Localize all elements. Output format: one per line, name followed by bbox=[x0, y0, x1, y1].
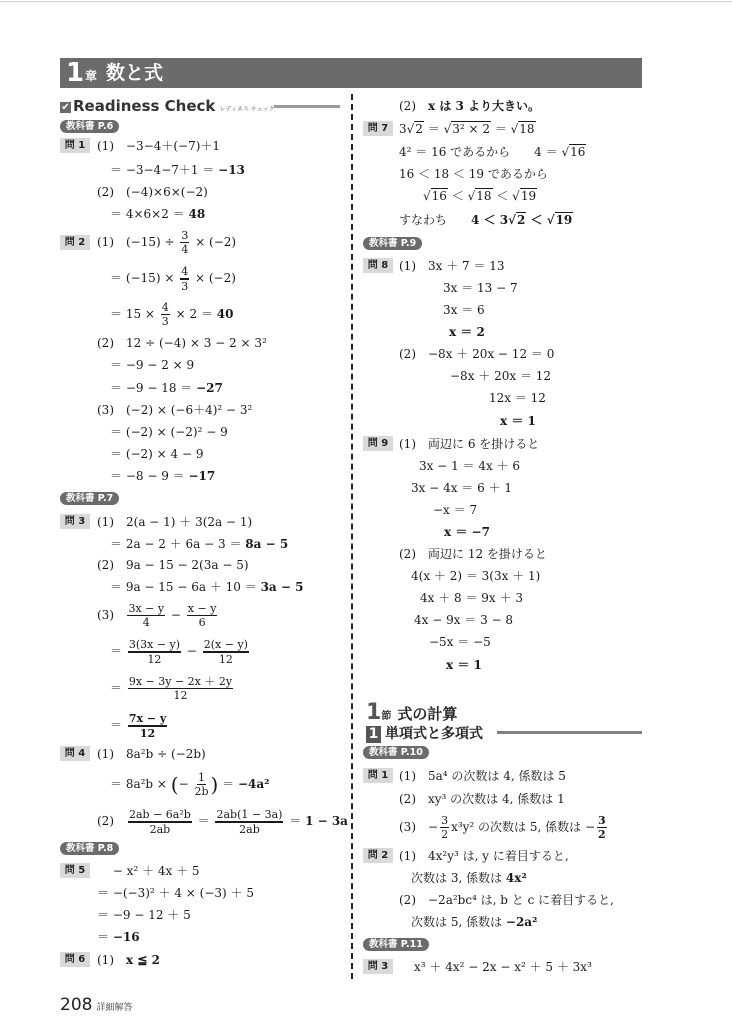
answer: x ＝ −7 bbox=[444, 525, 490, 539]
math-line: ＝ −9 − 2 × 9 bbox=[110, 358, 194, 372]
answer: x ≦ 2 bbox=[126, 953, 160, 967]
fraction: 32 bbox=[597, 814, 607, 841]
math-line: (1) 8a²b ÷ (−2b) bbox=[97, 747, 206, 761]
answer: −17 bbox=[188, 469, 215, 483]
heading-rule bbox=[274, 105, 340, 108]
fraction: 12b bbox=[194, 771, 208, 798]
math-line: ＝ 8a²b × (− 12b) ＝ −4a² bbox=[110, 769, 269, 800]
math-line: (2) (−4)×6×(−2) bbox=[97, 185, 208, 199]
readiness-kana: レディネス チェック bbox=[219, 106, 274, 113]
math-line: (2) 2ab − 6a²b2ab ＝ 2ab(1 − 3a)2ab ＝ 1 −… bbox=[97, 806, 348, 836]
math-line: (1) 4x²y³ は, y に着目すると, bbox=[399, 849, 569, 863]
math-line: (1) 5a⁴ の次数は 4, 係数は 5 bbox=[399, 769, 566, 783]
math-line: (2) x は 3 より大きい。 bbox=[399, 99, 540, 113]
math-line: 4² ＝ 16 であるから 4 ＝ √16 bbox=[399, 145, 586, 159]
question-label: 問 3 bbox=[363, 959, 393, 974]
math-line: 4x ＋ 8 ＝ 9x ＋ 3 bbox=[420, 591, 523, 605]
answer: x ＝ 1 bbox=[500, 414, 536, 428]
answer: −2a² bbox=[506, 915, 537, 929]
answer: −16 bbox=[113, 930, 140, 944]
math-line: ＝ 7x − y12 bbox=[110, 711, 169, 740]
fraction: 43 bbox=[161, 301, 170, 328]
question-label: 問 7 bbox=[363, 121, 393, 136]
math-line: ＝ 4×6×2 ＝ 48 bbox=[110, 207, 205, 221]
question-label: 問 4 bbox=[60, 746, 90, 761]
math-line: 4(x ＋ 2) ＝ 3(3x ＋ 1) bbox=[411, 569, 540, 583]
fraction: 2(x − y)12 bbox=[203, 638, 249, 666]
math-line: ＝ (−2) × (−2)² − 9 bbox=[110, 425, 228, 439]
math-line: すなわち 4 ＜ 3√2 ＜ √19 bbox=[399, 213, 573, 227]
fraction: 9x − 3y − 2x ＋ 2y12 bbox=[128, 675, 233, 702]
subsection-number: 1 bbox=[366, 726, 381, 743]
question-label: 問 8 bbox=[363, 258, 393, 273]
subsection-heading: 1単項式と多項式 bbox=[366, 723, 483, 743]
math-line: (1) 両辺に 6 を掛けると bbox=[399, 437, 539, 451]
math-line: (1) (−15) ÷ 34 × (−2) bbox=[97, 228, 236, 256]
math-line: 3x − 1 ＝ 4x ＋ 6 bbox=[419, 459, 520, 473]
math-line: ＝ (−2) × 4 − 9 bbox=[110, 447, 204, 461]
question-label: 問 3 bbox=[60, 514, 90, 529]
math-line: 16 ＜ 18 ＜ 19 であるから bbox=[399, 167, 548, 181]
answer: x ＝ 2 bbox=[449, 325, 485, 339]
fraction: 7x − y12 bbox=[128, 712, 167, 740]
fraction: 2ab − 6a²b2ab bbox=[128, 808, 192, 836]
math-line: 12x ＝ 12 bbox=[489, 391, 546, 405]
question-label: 問 2 bbox=[60, 235, 90, 250]
textbook-page-badge: 教科書 P.7 bbox=[60, 492, 119, 505]
answer: 48 bbox=[188, 207, 205, 221]
fraction: 2ab(1 − 3a)2ab bbox=[215, 808, 283, 836]
math-line: 3√2 ＝ √3² × 2 ＝ √18 bbox=[399, 122, 536, 136]
math-line: ＝ 9x − 3y − 2x ＋ 2y12 bbox=[110, 674, 235, 702]
chapter-title: 数と式 bbox=[106, 61, 163, 85]
fraction: 3(3x − y)12 bbox=[128, 638, 181, 666]
fraction: 3x − y4 bbox=[127, 602, 165, 629]
top-border bbox=[0, 1, 732, 2]
math-line: − x² ＋ 4x ＋ 5 bbox=[97, 864, 200, 878]
math-line: (1) 2(a − 1) ＋ 3(2a − 1) bbox=[97, 515, 252, 529]
fraction: 32 bbox=[440, 814, 449, 841]
answer: 4x² bbox=[506, 871, 527, 885]
readiness-check-heading: ✔Readiness Checkレディネス チェック bbox=[60, 96, 275, 115]
math-line: 3x − 4x ＝ 6 ＋ 1 bbox=[411, 481, 512, 495]
math-line: (2) −8x ＋ 20x − 12 ＝ 0 bbox=[399, 347, 554, 361]
math-line: 次数は 5, 係数は −2a² bbox=[411, 915, 537, 929]
column-divider bbox=[351, 94, 353, 979]
math-line: 3x ＝ 6 bbox=[443, 303, 485, 317]
math-line: ＝ 15 × 43 × 2 ＝ 40 bbox=[110, 300, 233, 328]
math-line: 4x − 9x ＝ 3 − 8 bbox=[414, 613, 513, 627]
math-line: (3) −32x³y² の次数は 5, 係数は −32 bbox=[399, 813, 609, 841]
section-title: 式の計算 bbox=[397, 705, 457, 723]
question-label: 問 1 bbox=[363, 768, 393, 783]
textbook-page-badge: 教科書 P.6 bbox=[60, 120, 119, 133]
section-heading: 1節式の計算 bbox=[366, 700, 457, 725]
math-line: (2) 9a − 15 − 2(3a − 5) bbox=[97, 558, 249, 572]
answer: 4 ＜ 3√2 ＜ √19 bbox=[471, 213, 573, 227]
question-label: 問 9 bbox=[363, 436, 393, 451]
page-number: 208 bbox=[60, 995, 92, 1015]
math-line: (1) 3x ＋ 7 ＝ 13 bbox=[399, 259, 505, 273]
math-line: 次数は 3, 係数は 4x² bbox=[411, 871, 527, 885]
section-unit: 節 bbox=[381, 711, 391, 722]
textbook-page-badge: 教科書 P.11 bbox=[363, 938, 429, 951]
math-line: √16 ＜ √18 ＜ √19 bbox=[423, 189, 537, 203]
fraction: x − y6 bbox=[187, 602, 218, 629]
fraction: 34 bbox=[180, 229, 189, 256]
math-line: (2) 両辺に 12 を掛けると bbox=[399, 547, 547, 561]
heading-rule bbox=[497, 731, 642, 734]
question-label: 問 1 bbox=[60, 138, 90, 153]
question-label: 問 5 bbox=[60, 863, 90, 878]
math-line: ＝ −9 − 18 ＝ −27 bbox=[110, 381, 223, 395]
math-line: (3) (−2) × (−6＋4)² − 3² bbox=[97, 403, 252, 417]
question-label: 問 2 bbox=[363, 848, 393, 863]
subsection-title: 単項式と多項式 bbox=[385, 726, 483, 742]
answer: −4a² bbox=[238, 777, 269, 791]
math-line: (2) xy³ の次数は 4, 係数は 1 bbox=[399, 792, 565, 806]
fraction: 43 bbox=[180, 265, 189, 293]
answer: −27 bbox=[196, 381, 223, 395]
chapter-header: 1 章 数と式 bbox=[60, 58, 642, 88]
textbook-page-badge: 教科書 P.8 bbox=[60, 842, 119, 855]
answer: 40 bbox=[217, 307, 234, 321]
math-line: ＝ −8 − 9 ＝ −17 bbox=[110, 469, 215, 483]
math-line: −5x ＝ −5 bbox=[429, 635, 491, 649]
math-line: (1) −3−4＋(−7)＋1 bbox=[97, 139, 220, 153]
math-line: ＝ −16 bbox=[97, 930, 140, 944]
math-line: (1) x ≦ 2 bbox=[97, 953, 160, 967]
math-line: x³ ＋ 4x² − 2x − x² ＋ 5 ＋ 3x³ bbox=[414, 960, 592, 974]
math-line: ＝ 9a − 15 − 6a ＋ 10 ＝ 3a − 5 bbox=[110, 580, 303, 594]
section-number: 1 bbox=[366, 700, 381, 725]
answer: x は 3 より大きい。 bbox=[428, 99, 540, 113]
math-line: ＝ −3−4−7＋1 ＝ −13 bbox=[110, 163, 245, 177]
answer: 3a − 5 bbox=[261, 580, 304, 594]
chapter-unit: 章 bbox=[85, 67, 97, 84]
chapter-number: 1 bbox=[66, 58, 84, 88]
checkbox-icon: ✔ bbox=[60, 102, 71, 113]
math-line: 3x ＝ 13 − 7 bbox=[443, 281, 518, 295]
math-line: (2) 12 ÷ (−4) × 3 − 2 × 3² bbox=[97, 336, 267, 350]
math-line: −x ＝ 7 bbox=[433, 503, 477, 517]
math-line: ＝ (−15) × 43 × (−2) bbox=[110, 264, 236, 293]
math-line: ＝ 2a − 2 ＋ 6a − 3 ＝ 8a − 5 bbox=[110, 537, 288, 551]
page-footer: 208詳細解答 bbox=[60, 995, 132, 1015]
textbook-page-badge: 教科書 P.10 bbox=[363, 746, 429, 759]
question-label: 問 6 bbox=[60, 952, 90, 967]
readiness-title: Readiness Check bbox=[73, 97, 215, 115]
textbook-page-badge: 教科書 P.9 bbox=[363, 237, 422, 250]
answer: x ＝ 1 bbox=[446, 658, 482, 672]
math-line: −8x ＋ 20x ＝ 12 bbox=[450, 369, 551, 383]
answer: 1 − 3a bbox=[305, 814, 348, 828]
footer-label: 詳細解答 bbox=[96, 1003, 132, 1013]
math-line: ＝ 3(3x − y)12 − 2(x − y)12 bbox=[110, 637, 251, 666]
answer: 8a − 5 bbox=[245, 537, 288, 551]
math-line: (2) −2a²bc⁴ は, b と c に着目すると, bbox=[399, 893, 614, 907]
math-line: (3) 3x − y4 − x − y6 bbox=[97, 601, 219, 629]
math-line: ＝ −9 − 12 ＋ 5 bbox=[97, 908, 191, 922]
answer: −13 bbox=[218, 163, 245, 177]
math-line: ＝ −(−3)² ＋ 4 × (−3) ＋ 5 bbox=[97, 886, 254, 900]
